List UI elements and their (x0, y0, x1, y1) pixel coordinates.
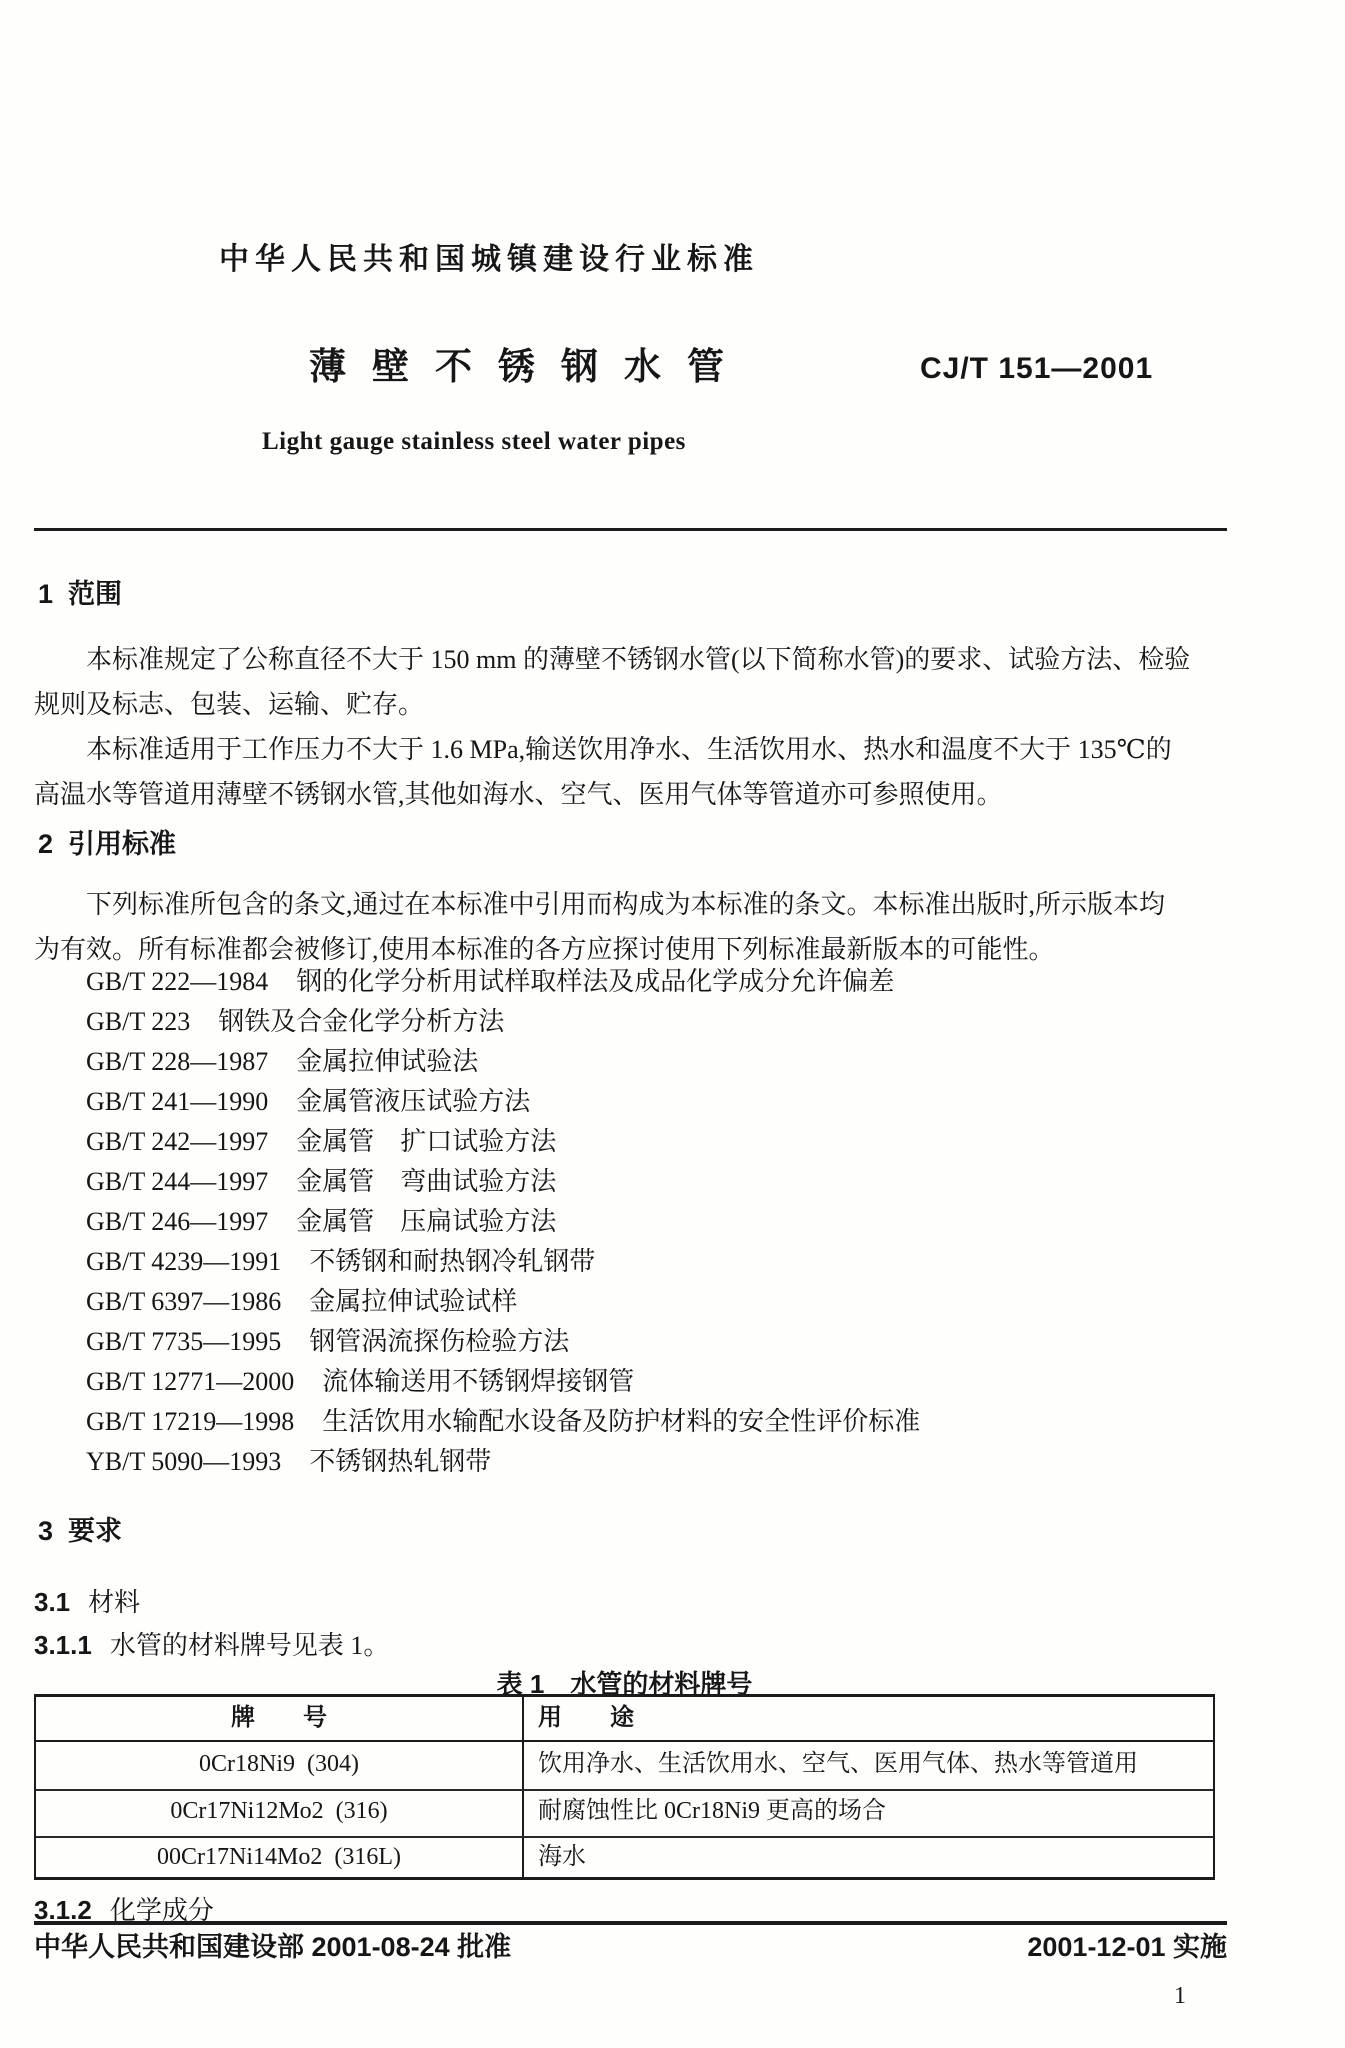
table-row: 0Cr17Ni12Mo2 (316) 耐腐蚀性比 0Cr18Ni9 更高的场合 (36, 1789, 1213, 1838)
section-3-number: 3 (38, 1514, 68, 1548)
standard-code: GB/T 242—1997 (86, 1127, 268, 1156)
section-2-heading: 2引用标准 (38, 827, 176, 861)
referenced-standards-list: GB/T 222—1984钢的化学分析用试样取样法及成品化学成分允许偏差 GB/… (86, 962, 1246, 1482)
standard-title: 不锈钢和耐热钢冷轧钢带 (309, 1247, 595, 1276)
referenced-standard: GB/T 242—1997金属管 扩口试验方法 (86, 1122, 1246, 1162)
implementation-date: 2001-12-01 实施 (1027, 1928, 1227, 1966)
english-subtitle: Light gauge stainless steel water pipes (262, 426, 686, 458)
standard-classification: 中华人民共和国城镇建设行业标准 (219, 241, 759, 279)
clause-3-1-1-heading: 3.1.1水管的材料牌号见表 1。 (34, 1628, 389, 1663)
standard-code: GB/T 6397—1986 (86, 1287, 281, 1316)
section-2-number: 2 (38, 827, 68, 861)
page-number: 1 (1174, 1981, 1186, 2011)
standard-title: 生活饮用水输配水设备及防护材料的安全性评价标准 (322, 1407, 920, 1436)
use-cell: 饮用净水、生活饮用水、空气、医用气体、热水等管道用 (522, 1742, 1213, 1789)
standard-title: 不锈钢热轧钢带 (309, 1447, 491, 1476)
section-1-heading: 1范围 (38, 577, 122, 611)
referenced-standard: GB/T 223钢铁及合金化学分析方法 (86, 1002, 1246, 1042)
clause-3-1-title: 材料 (88, 1587, 140, 1617)
standard-code: YB/T 5090—1993 (86, 1447, 281, 1476)
clause-3-1-heading: 3.1材料 (34, 1585, 140, 1620)
standard-title: 钢管涡流探伤检验方法 (309, 1327, 569, 1356)
section-3-title: 要求 (68, 1516, 122, 1546)
referenced-standard: GB/T 6397—1986金属拉伸试验试样 (86, 1282, 1246, 1322)
section-1-number: 1 (38, 577, 68, 611)
referenced-standard: GB/T 246—1997金属管 压扁试验方法 (86, 1202, 1246, 1242)
grade-cell: 0Cr17Ni12Mo2 (316) (36, 1789, 522, 1836)
standard-title: 金属管 扩口试验方法 (296, 1127, 556, 1156)
paragraph-line: 本标准适用于工作压力不大于 1.6 MPa,输送饮用净水、生活饮用水、热水和温度… (34, 727, 1234, 772)
document-title: 薄壁不锈钢水管 (309, 344, 750, 390)
referenced-standard: GB/T 228—1987金属拉伸试验法 (86, 1042, 1246, 1082)
scope-paragraph-1: 本标准规定了公称直径不大于 150 mm 的薄壁不锈钢水管(以下简称水管)的要求… (34, 637, 1234, 727)
paragraph-line: 下列标准所包含的条文,通过在本标准中引用而构成为本标准的条文。本标准出版时,所示… (34, 882, 1234, 927)
standard-code: GB/T 12771—2000 (86, 1367, 294, 1396)
use-cell: 海水 (522, 1836, 1213, 1878)
use-cell: 耐腐蚀性比 0Cr18Ni9 更高的场合 (522, 1789, 1213, 1836)
grade-cell: 0Cr18Ni9 (304) (36, 1742, 522, 1789)
standard-code: GB/T 223 (86, 1007, 190, 1036)
referenced-standard: GB/T 17219—1998生活饮用水输配水设备及防护材料的安全性评价标准 (86, 1402, 1246, 1442)
referenced-standard: GB/T 244—1997金属管 弯曲试验方法 (86, 1162, 1246, 1202)
referenced-standard: GB/T 7735—1995钢管涡流探伤检验方法 (86, 1322, 1246, 1362)
clause-3-1-number: 3.1 (34, 1587, 70, 1617)
standard-title: 金属拉伸试验试样 (309, 1287, 517, 1316)
table-header-row: 牌 号 用 途 (36, 1697, 1213, 1742)
referenced-standard: GB/T 241—1990金属管液压试验方法 (86, 1082, 1246, 1122)
clause-3-1-1-text: 水管的材料牌号见表 1。 (110, 1631, 390, 1660)
section-2-title: 引用标准 (68, 829, 176, 859)
standard-code: GB/T 7735—1995 (86, 1327, 281, 1356)
standard-title: 流体输送用不锈钢焊接钢管 (322, 1367, 634, 1396)
standard-code: GB/T 222—1984 (86, 967, 268, 996)
standard-title: 金属管液压试验方法 (296, 1087, 530, 1116)
referenced-standard: GB/T 222—1984钢的化学分析用试样取样法及成品化学成分允许偏差 (86, 962, 1246, 1002)
standard-code: GB/T 241—1990 (86, 1087, 268, 1116)
footer-rule (34, 1921, 1227, 1925)
referenced-standard: YB/T 5090—1993不锈钢热轧钢带 (86, 1442, 1246, 1482)
standard-title: 钢的化学分析用试样取样法及成品化学成分允许偏差 (296, 967, 894, 996)
standard-title: 金属拉伸试验法 (296, 1047, 478, 1076)
column-header-use: 用 途 (522, 1697, 1213, 1740)
section-3-heading: 3要求 (38, 1514, 122, 1548)
standard-code: GB/T 246—1997 (86, 1207, 268, 1236)
paragraph-line: 本标准规定了公称直径不大于 150 mm 的薄壁不锈钢水管(以下简称水管)的要求… (34, 637, 1234, 682)
document-page: 中华人民共和国城镇建设行业标准 薄壁不锈钢水管 CJ/T 151—2001 Li… (0, 0, 1345, 2048)
standard-code: GB/T 244—1997 (86, 1167, 268, 1196)
grade-cell: 00Cr17Ni14Mo2 (316L) (36, 1836, 522, 1878)
material-grade-table: 牌 号 用 途 0Cr18Ni9 (304) 饮用净水、生活饮用水、空气、医用气… (34, 1694, 1215, 1880)
standard-code: GB/T 228—1987 (86, 1047, 268, 1076)
approval-statement: 中华人民共和国建设部 2001-08-24 批准 (34, 1928, 511, 1966)
standard-code: GB/T 4239—1991 (86, 1247, 281, 1276)
header-rule (34, 528, 1227, 531)
section-1-title: 范围 (68, 579, 122, 609)
column-header-grade: 牌 号 (36, 1697, 522, 1740)
standard-title: 金属管 压扁试验方法 (296, 1207, 556, 1236)
table-row: 00Cr17Ni14Mo2 (316L) 海水 (36, 1836, 1213, 1878)
table-row: 0Cr18Ni9 (304) 饮用净水、生活饮用水、空气、医用气体、热水等管道用 (36, 1742, 1213, 1791)
paragraph-line: 规则及标志、包装、运输、贮存。 (34, 682, 1234, 727)
scope-paragraph-2: 本标准适用于工作压力不大于 1.6 MPa,输送饮用净水、生活饮用水、热水和温度… (34, 727, 1234, 817)
paragraph-line: 高温水等管道用薄壁不锈钢水管,其他如海水、空气、医用气体等管道亦可参照使用。 (34, 772, 1234, 817)
standard-code: GB/T 17219—1998 (86, 1407, 294, 1436)
clause-3-1-1-number: 3.1.1 (34, 1630, 92, 1660)
referenced-standard: GB/T 4239—1991不锈钢和耐热钢冷轧钢带 (86, 1242, 1246, 1282)
standard-title: 钢铁及合金化学分析方法 (218, 1007, 504, 1036)
standard-title: 金属管 弯曲试验方法 (296, 1167, 556, 1196)
references-paragraph: 下列标准所包含的条文,通过在本标准中引用而构成为本标准的条文。本标准出版时,所示… (34, 882, 1234, 972)
referenced-standard: GB/T 12771—2000流体输送用不锈钢焊接钢管 (86, 1362, 1246, 1402)
standard-number: CJ/T 151—2001 (920, 350, 1153, 388)
